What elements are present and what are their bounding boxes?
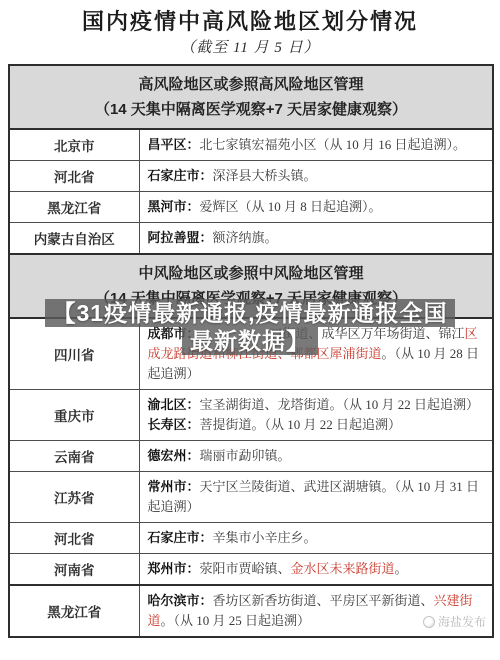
province-cell: 云南省 <box>9 441 139 472</box>
province-cell: 河北省 <box>9 161 139 192</box>
area-text: 深泽县大桥头镇。 <box>213 168 317 183</box>
section-header-line1: 高风险地区或参照高风险地区管理 <box>14 72 488 97</box>
entry-line: 阿拉善盟：额济纳旗。 <box>148 228 485 248</box>
district-label: 石家庄市： <box>148 168 213 183</box>
district-label: 德宏州： <box>148 448 200 463</box>
table-row-hebei-high: 河北省 石家庄市：深泽县大桥头镇。 <box>9 161 493 192</box>
table-row-yunnan: 云南省 德宏州：瑞丽市勐卯镇。 <box>9 441 493 472</box>
province-cell: 河北省 <box>9 523 139 554</box>
district-label: 阿拉善盟： <box>148 230 213 245</box>
table-row-henan: 河南省 郑州市：荥阳市贾峪镇、金水区未来路街道。 <box>9 554 493 586</box>
table-row-beijing: 北京市 昌平区：北七家镇宏福苑小区（从 10 月 16 日起追溯）。 <box>9 129 493 161</box>
risk-table: 高风险地区或参照高风险地区管理 （14 天集中隔离医学观察+7 天居家健康观察）… <box>8 64 494 638</box>
entry-line: 黑河市：爱辉区（从 10 月 8 日起追溯）。 <box>148 197 485 217</box>
district-label: 石家庄市： <box>148 530 213 545</box>
table-row-heilongjiang-high: 黑龙江省 黑河市：爱辉区（从 10 月 8 日起追溯）。 <box>9 192 493 223</box>
detail-cell: 渝北区：宝圣湖街道、龙塔街道。（从 10 月 22 日起追溯） 长寿区：菩提街道… <box>139 390 493 441</box>
detail-cell: 郑州市：荥阳市贾峪镇、金水区未来路街道。 <box>139 554 493 586</box>
table-row-chongqing: 重庆市 渝北区：宝圣湖街道、龙塔街道。（从 10 月 22 日起追溯） 长寿区：… <box>9 390 493 441</box>
district-label: 昌平区： <box>148 137 200 152</box>
area-text: 菩提街道。（从 10 月 22 日起追溯） <box>200 417 402 432</box>
area-text: 爱辉区（从 10 月 8 日起追溯）。 <box>200 199 382 214</box>
area-text: 香坊区新香坊街道、平房区平新街道、 <box>213 593 434 608</box>
entry-line: 成都市：口街道、成华区万年场街道、锦江区成龙路街道和柳江街道、郫都区犀浦街道。（… <box>148 324 485 384</box>
detail-cell: 昌平区：北七家镇宏福苑小区（从 10 月 16 日起追溯）。 <box>139 129 493 161</box>
district-label: 郑州市： <box>148 561 200 576</box>
table-row-hebei-medium: 河北省 石家庄市：辛集市小辛庄乡。 <box>9 523 493 554</box>
page-title: 国内疫情中高风险地区划分情况 <box>0 7 500 37</box>
watermark-text: 海盐发布 <box>438 612 486 632</box>
detail-cell: 石家庄市：深泽县大桥头镇。 <box>139 161 493 192</box>
entry-line: 石家庄市：深泽县大桥头镇。 <box>148 166 485 186</box>
section-header-line1: 中风险地区或参照中风险地区管理 <box>14 261 488 286</box>
entry-line: 郑州市：荥阳市贾峪镇、金水区未来路街道。 <box>148 559 485 579</box>
section-header-row-medium-risk: 中风险地区或参照中风险地区管理 （14 天集中隔离医学观察+7 天居家健康观察） <box>9 254 493 318</box>
watermark: 海盐发布 <box>423 612 486 632</box>
page-subtitle: （截至 11 月 5 日） <box>0 37 500 59</box>
province-cell: 河南省 <box>9 554 139 586</box>
page: 国内疫情中高风险地区划分情况 （截至 11 月 5 日） 高风险地区或参照高风险… <box>0 0 500 660</box>
section-header-high-risk: 高风险地区或参照高风险地区管理 （14 天集中隔离医学观察+7 天居家健康观察） <box>9 65 493 129</box>
entry-line: 长寿区：菩提街道。（从 10 月 22 日起追溯） <box>148 415 485 435</box>
district-label: 哈尔滨市： <box>148 593 213 608</box>
detail-cell: 黑河市：爱辉区（从 10 月 8 日起追溯）。 <box>139 192 493 223</box>
detail-cell: 常州市：天宁区兰陵街道、武进区湖塘镇。（从 10 月 31 日起追溯） <box>139 472 493 523</box>
district-label: 常州市： <box>148 479 200 494</box>
area-text: 北七家镇宏福苑小区（从 10 月 16 日起追溯）。 <box>200 137 467 152</box>
area-text: 。 <box>395 561 408 576</box>
province-cell: 重庆市 <box>9 390 139 441</box>
table-row-jiangsu: 江苏省 常州市：天宁区兰陵街道、武进区湖塘镇。（从 10 月 31 日起追溯） <box>9 472 493 523</box>
province-cell: 黑龙江省 <box>9 192 139 223</box>
section-header-line2: （14 天集中隔离医学观察+7 天居家健康观察） <box>14 97 488 122</box>
watermark-logo-icon <box>423 616 435 628</box>
area-text: 瑞丽市勐卯镇。 <box>200 448 291 463</box>
entry-line: 昌平区：北七家镇宏福苑小区（从 10 月 16 日起追溯）。 <box>148 135 485 155</box>
area-text: 口街道、成华区万年场街道、锦江 <box>270 326 465 341</box>
area-text: 辛集市小辛庄乡。 <box>213 530 317 545</box>
district-label: 渝北区： <box>148 397 200 412</box>
area-text-red: 金水区未来路街道 <box>291 561 395 576</box>
table-row-sichuan: 四川省 成都市：口街道、成华区万年场街道、锦江区成龙路街道和柳江街道、郫都区犀浦… <box>9 318 493 390</box>
province-cell: 内蒙古自治区 <box>9 223 139 255</box>
province-cell: 江苏省 <box>9 472 139 523</box>
area-text: 宝圣湖街道、龙塔街道。（从 10 月 22 日起追溯） <box>200 397 480 412</box>
section-header-line2: （14 天集中隔离医学观察+7 天居家健康观察） <box>14 286 488 311</box>
detail-cell: 石家庄市：辛集市小辛庄乡。 <box>139 523 493 554</box>
entry-line: 德宏州：瑞丽市勐卯镇。 <box>148 446 485 466</box>
entry-line: 常州市：天宁区兰陵街道、武进区湖塘镇。（从 10 月 31 日起追溯） <box>148 477 485 517</box>
section-header-medium-risk: 中风险地区或参照中风险地区管理 （14 天集中隔离医学观察+7 天居家健康观察） <box>9 254 493 318</box>
entry-line: 石家庄市：辛集市小辛庄乡。 <box>148 528 485 548</box>
area-text: 荥阳市贾峪镇、 <box>200 561 291 576</box>
district-label: 黑河市： <box>148 199 200 214</box>
district-label: 成都市： <box>148 326 200 341</box>
province-cell: 四川省 <box>9 318 139 390</box>
province-cell: 北京市 <box>9 129 139 161</box>
detail-cell: 成都市：口街道、成华区万年场街道、锦江区成龙路街道和柳江街道、郫都区犀浦街道。（… <box>139 318 493 390</box>
table-row-neimenggu: 内蒙古自治区 阿拉善盟：额济纳旗。 <box>9 223 493 255</box>
section-header-row-high-risk: 高风险地区或参照高风险地区管理 （14 天集中隔离医学观察+7 天居家健康观察） <box>9 65 493 129</box>
table-row-heilongjiang-medium: 黑龙江省 哈尔滨市：香坊区新香坊街道、平房区平新街道、兴建街道。（从 10 月 … <box>9 585 493 637</box>
detail-cell: 阿拉善盟：额济纳旗。 <box>139 223 493 255</box>
detail-cell: 哈尔滨市：香坊区新香坊街道、平房区平新街道、兴建街道。（从 10 月 25 日起… <box>139 585 493 637</box>
area-text: 。（从 10 月 25 日起追溯） <box>161 613 311 628</box>
detail-cell: 德宏州：瑞丽市勐卯镇。 <box>139 441 493 472</box>
province-cell: 黑龙江省 <box>9 585 139 637</box>
entry-line: 渝北区：宝圣湖街道、龙塔街道。（从 10 月 22 日起追溯） <box>148 395 485 415</box>
district-label: 长寿区： <box>148 417 200 432</box>
area-text: 额济纳旗。 <box>213 230 278 245</box>
